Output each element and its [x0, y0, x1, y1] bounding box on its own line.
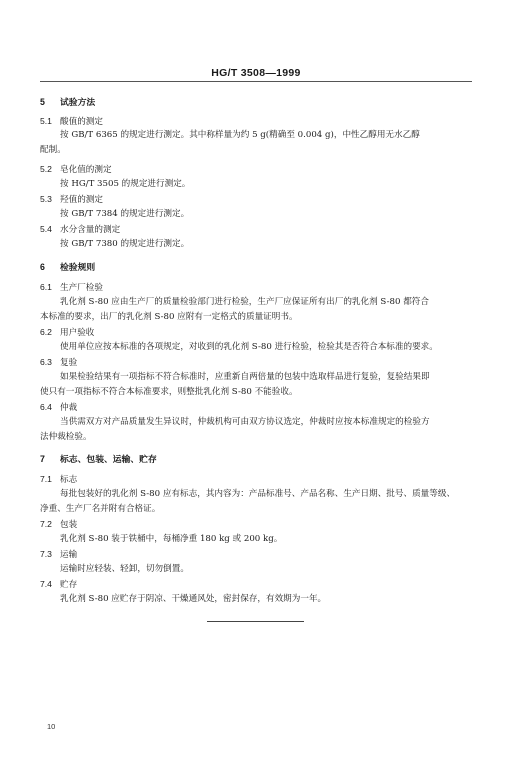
section-5-3-text: 按 GB/T 7384 的规定进行测定。 — [60, 209, 189, 220]
section-7-4-text: 乳化剂 S-80 应贮存于阴凉、干燥通风处，密封保存，有效期为一年。 — [60, 594, 326, 605]
section-5-4-heading: 5.4水分含量的测定 — [40, 224, 120, 236]
section-6-1-text-1: 乳化剂 S-80 应由生产厂的质量检验部门进行检验，生产厂应保证所有出厂的乳化剂… — [60, 297, 429, 308]
section-5-3-heading: 5.3羟值的测定 — [40, 194, 103, 206]
section-7-heading: 7标志、包装、运输、贮存 — [40, 454, 157, 466]
section-7-1-text-1: 每批包装好的乳化剂 S-80 应有标志，其内容为：产品标准号、产品名称、生产日期… — [60, 489, 455, 500]
section-6-3-text-1: 如果检验结果有一项指标不符合标准时，应重新自两倍量的包装中选取样品进行复验，复验… — [60, 372, 430, 383]
section-6-1-heading: 6.1生产厂检验 — [40, 282, 103, 294]
section-5-1-text-1: 按 GB/T 6365 的规定进行测定。其中称样量为约 5 g(精确至 0.00… — [60, 130, 420, 141]
section-6-4-text-1: 当供需双方对产品质量发生异议时，仲裁机构可由双方协议选定，仲裁时应按本标准规定的… — [60, 417, 430, 428]
end-of-document-rule — [207, 621, 304, 622]
section-5-1-text-2: 配制。 — [40, 145, 66, 156]
section-7-3-heading: 7.3运输 — [40, 549, 77, 561]
section-7-2-text: 乳化剂 S-80 装于铁桶中，每桶净重 180 kg 或 200 kg。 — [60, 534, 282, 545]
section-7-3-text: 运输时应轻装、轻卸，切勿倒置。 — [60, 564, 189, 575]
section-7-2-heading: 7.2包装 — [40, 519, 77, 531]
section-7-4-heading: 7.4贮存 — [40, 579, 77, 591]
section-6-2-text: 使用单位应按本标准的各项规定，对收到的乳化剂 S-80 进行检验，检验其是否符合… — [60, 342, 438, 353]
section-6-3-heading: 6.3复验 — [40, 357, 77, 369]
page-number: 10 — [47, 722, 55, 731]
section-6-heading: 6检验规则 — [40, 262, 95, 274]
standard-code-header: HG/T 3508—1999 — [0, 67, 512, 79]
section-6-4-heading: 6.4仲裁 — [40, 402, 77, 414]
header-rule — [40, 81, 472, 82]
section-6-1-text-2: 本标准的要求，出厂的乳化剂 S-80 应附有一定格式的质量证明书。 — [40, 312, 298, 323]
section-5-2-text: 按 HG/T 3505 的规定进行测定。 — [60, 179, 190, 190]
section-5-4-text: 按 GB/T 7380 的规定进行测定。 — [60, 239, 189, 250]
section-6-2-heading: 6.2用户验收 — [40, 327, 94, 339]
section-7-1-heading: 7.1标志 — [40, 474, 77, 486]
section-5-2-heading: 5.2皂化值的测定 — [40, 164, 112, 176]
section-5-heading: 5试验方法 — [40, 97, 95, 109]
section-5-1-heading: 5.1酸值的测定 — [40, 116, 103, 128]
section-6-4-text-2: 法仲裁检验。 — [40, 432, 92, 443]
section-7-1-text-2: 净重、生产厂名并附有合格证。 — [40, 504, 160, 515]
section-6-3-text-2: 使只有一项指标不符合本标准要求，则整批乳化剂 S-80 不能验收。 — [40, 387, 298, 398]
